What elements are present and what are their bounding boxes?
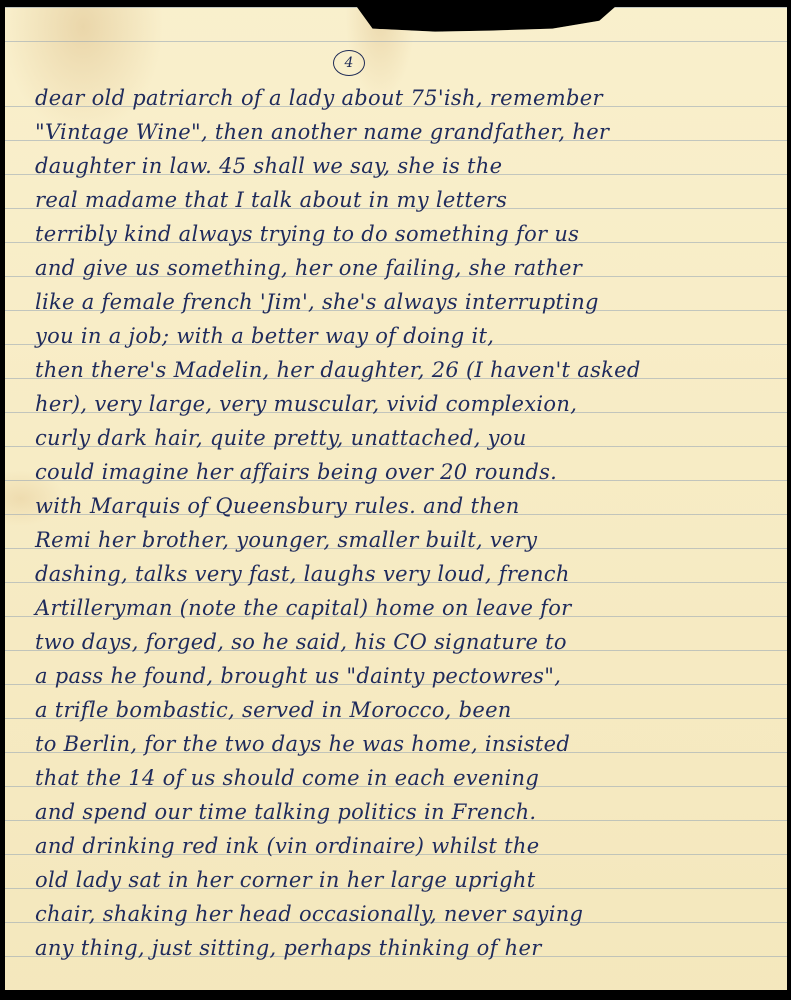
text-line: and give us something, her one failing, … [35, 251, 785, 285]
page-number: 4 [333, 50, 365, 76]
text-line: old lady sat in her corner in her large … [35, 863, 785, 897]
text-line: terribly kind always trying to do someth… [35, 217, 785, 251]
text-line: and spend our time talking politics in F… [35, 795, 785, 829]
text-line: could imagine her affairs being over 20 … [35, 455, 785, 489]
text-line: two days, forged, so he said, his CO sig… [35, 625, 785, 659]
text-line: real madame that I talk about in my lett… [35, 183, 785, 217]
text-line: Remi her brother, younger, smaller built… [35, 523, 785, 557]
text-line: dear old patriarch of a lady about 75'is… [35, 81, 785, 115]
text-line: and drinking red ink (vin ordinaire) whi… [35, 829, 785, 863]
text-line: "Vintage Wine", then another name grandf… [35, 115, 785, 149]
text-line: like a female french 'Jim', she's always… [35, 285, 785, 319]
text-line: her), very large, very muscular, vivid c… [35, 387, 785, 421]
text-line: a pass he found, brought us "dainty pect… [35, 659, 785, 693]
text-line: with Marquis of Queensbury rules. and th… [35, 489, 785, 523]
text-line: you in a job; with a better way of doing… [35, 319, 785, 353]
handwritten-text: dear old patriarch of a lady about 75'is… [35, 81, 785, 965]
text-line: Artilleryman (note the capital) home on … [35, 591, 785, 625]
text-line: daughter in law. 45 shall we say, she is… [35, 149, 785, 183]
text-line: that the 14 of us should come in each ev… [35, 761, 785, 795]
text-line: then there's Madelin, her daughter, 26 (… [35, 353, 785, 387]
letter-page: 4 dear old patriarch of a lady about 75'… [5, 7, 787, 990]
text-line: to Berlin, for the two days he was home,… [35, 727, 785, 761]
text-line: chair, shaking her head occasionally, ne… [35, 897, 785, 931]
text-line: any thing, just sitting, perhaps thinkin… [35, 931, 785, 965]
text-line: a trifle bombastic, served in Morocco, b… [35, 693, 785, 727]
text-line: dashing, talks very fast, laughs very lo… [35, 557, 785, 591]
text-line: curly dark hair, quite pretty, unattache… [35, 421, 785, 455]
